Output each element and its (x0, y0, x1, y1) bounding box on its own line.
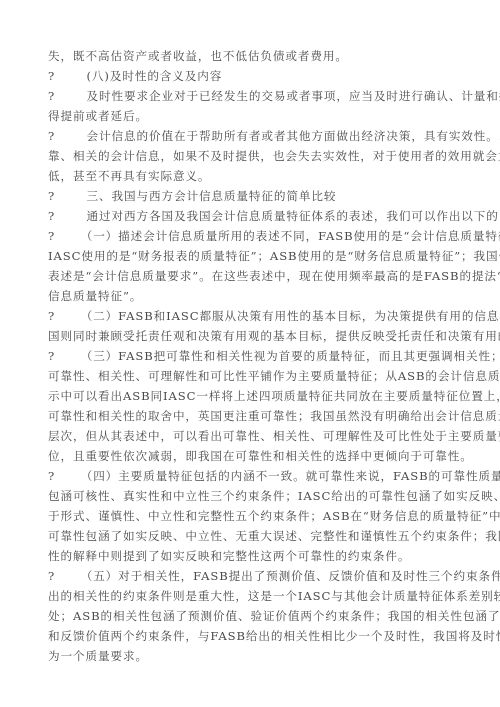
paragraph-marker: ? (48, 566, 74, 586)
line-text: 可靠性包涵了如实反映、中立性、无重大误述、完整性和谨慎性五个约束条件；我国在可靠 (48, 529, 500, 543)
text-line: 处；ASB的相关性包涵了预测价值、验证价值两个约束条件；我国的相关性包涵了预测价… (48, 606, 450, 626)
text-line: ? （一）描述会计信息质量所用的表述不同，FASB使用的是“会计信息质量特征”； (48, 226, 450, 246)
text-line: 和反馈价值两个约束条件，与FASB给出的相关性相比少一个及时性，我国将及时性单独… (48, 626, 450, 646)
line-text: 靠、相关的会计信息，如果不及时提供，也会失去实效性，对于使用者的效用就会大大降 (48, 149, 500, 163)
line-text: 国则同时兼顾受托责任观和决策有用观的基本目标，提供反映受托责任和决策有用的信息。 (48, 329, 500, 343)
paragraph-marker: ? (48, 126, 74, 146)
text-line: 表述是“会计信息质量要求”。在这些表述中，现在使用频率最高的是FASB的提法“会… (48, 266, 450, 286)
line-text: 低，甚至不再具有实际意义。 (48, 169, 210, 183)
line-text: 信息质量特征”。 (48, 289, 142, 303)
text-line: ? 通过对西方各国及我国会计信息质量特征体系的表述，我们可以作出以下的比较： (48, 206, 450, 226)
line-text: 通过对西方各国及我国会计信息质量特征体系的表述，我们可以作出以下的比较： (74, 209, 500, 223)
line-text: IASC使用的是“财务报表的质量特征”；ASB使用的是“财务信息质量特征”；我国… (48, 249, 500, 263)
paragraph-marker: ? (48, 346, 74, 366)
text-line: 层次，但从其表述中，可以看出可靠性、相关性、可理解性及可比性处于主要质量要求的地 (48, 426, 450, 446)
line-text: （四）主要质量特征包括的内涵不一致。就可靠性来说，FASB的可靠性质量特征下面 (74, 469, 500, 483)
line-text: 出的相关性的约束条件则是重大性，这是一个IASC与其他会计质量特征体系差别较大之 (48, 589, 500, 603)
line-text: （三）FASB把可靠性和相关性视为首要的质量特征，而且其更强调相关性；IASC则… (74, 349, 500, 363)
text-line: 为一个质量要求。 (48, 646, 450, 666)
line-text: 示中可以看出ASB同IASC一样将上述四项质量特征共同放在主要质量特征位置上，但… (48, 389, 500, 403)
line-text: 处；ASB的相关性包涵了预测价值、验证价值两个约束条件；我国的相关性包涵了预测价… (48, 609, 500, 623)
text-line: 示中可以看出ASB同IASC一样将上述四项质量特征共同放在主要质量特征位置上，但… (48, 386, 450, 406)
text-line: IASC使用的是“财务报表的质量特征”；ASB使用的是“财务信息质量特征”；我国… (48, 246, 450, 266)
text-line: ? （五）对于相关性，FASB提出了预测价值、反馈价值和及时性三个约束条件；IA… (48, 566, 450, 586)
line-text: （一）描述会计信息质量所用的表述不同，FASB使用的是“会计信息质量特征”； (74, 229, 500, 243)
line-text: 表述是“会计信息质量要求”。在这些表述中，现在使用频率最高的是FASB的提法“会… (48, 269, 500, 283)
text-line: ? （二）FASB和IASC都服从决策有用性的基本目标，为决策提供有用的信息；A… (48, 306, 450, 326)
line-text: 三、我国与西方会计信息质量特征的简单比较 (74, 189, 336, 203)
line-text: 失，既不高估资产或者收益，也不低估负债或者费用。 (48, 49, 348, 63)
paragraph-marker: ? (48, 466, 74, 486)
text-line: 信息质量特征”。 (48, 286, 450, 306)
line-text: 性的解释中则提到了如实反映和完整性这两个可靠性的约束条件。 (48, 549, 410, 563)
line-text: （五）对于相关性，FASB提出了预测价值、反馈价值和及时性三个约束条件；IASC… (74, 569, 500, 583)
text-line: 性的解释中则提到了如实反映和完整性这两个可靠性的约束条件。 (48, 546, 450, 566)
line-text: 包涵可核性、真实性和中立性三个约束条件；IASC给出的可靠性包涵了如实反映、实质… (48, 489, 500, 503)
text-line: 于形式、谨慎性、中立性和完整性五个约束条件；ASB在“财务信息的质量特征”中给出… (48, 506, 450, 526)
line-text: (八)及时性的含义及内容 (74, 69, 222, 83)
line-text: 于形式、谨慎性、中立性和完整性五个约束条件；ASB在“财务信息的质量特征”中给出… (48, 509, 500, 523)
line-text: 层次，但从其表述中，可以看出可靠性、相关性、可理解性及可比性处于主要质量要求的地 (48, 429, 500, 443)
text-line: ? （三）FASB把可靠性和相关性视为首要的质量特征，而且其更强调相关性；IAS… (48, 346, 450, 366)
text-line: 靠、相关的会计信息，如果不及时提供，也会失去实效性，对于使用者的效用就会大大降 (48, 146, 450, 166)
text-line: 包涵可核性、真实性和中立性三个约束条件；IASC给出的可靠性包涵了如实反映、实质… (48, 486, 450, 506)
text-line: ? 会计信息的价值在于帮助所有者或者其他方面做出经济决策，具有实效性。即使是可 (48, 126, 450, 146)
text-line: 低，甚至不再具有实际意义。 (48, 166, 450, 186)
paragraph-marker: ? (48, 206, 74, 226)
text-line: 得提前或者延后。 (48, 106, 450, 126)
line-text: 可靠性、相关性、可理解性和可比性平铺作为主要质量特征；从ASB的会计信息质量体系… (48, 369, 500, 383)
line-text: （二）FASB和IASC都服从决策有用性的基本目标，为决策提供有用的信息；ASB… (74, 309, 500, 323)
line-text: 及时性要求企业对于已经发生的交易或者事项，应当及时进行确认、计量和报告，不 (74, 89, 500, 103)
paragraph-marker: ? (48, 86, 74, 106)
line-text: 为一个质量要求。 (48, 649, 148, 663)
text-line: 可靠性和相关性的取舍中，英国更注重可靠性；我国虽然没有明确给出会计信息质量要求的 (48, 406, 450, 426)
paragraph-marker: ? (48, 186, 74, 206)
document-body: 失，既不高估资产或者收益，也不低估负债或者费用。? (八)及时性的含义及内容? … (48, 46, 450, 666)
text-line: ? （四）主要质量特征包括的内涵不一致。就可靠性来说，FASB的可靠性质量特征下… (48, 466, 450, 486)
text-line: 可靠性、相关性、可理解性和可比性平铺作为主要质量特征；从ASB的会计信息质量体系… (48, 366, 450, 386)
text-line: 失，既不高估资产或者收益，也不低估负债或者费用。 (48, 46, 450, 66)
text-line: ? 三、我国与西方会计信息质量特征的简单比较 (48, 186, 450, 206)
line-text: 会计信息的价值在于帮助所有者或者其他方面做出经济决策，具有实效性。即使是可 (74, 129, 500, 143)
paragraph-marker: ? (48, 306, 74, 326)
line-text: 位，且重要性依次减弱，即我国在可靠性和相关性的选择中更倾向于可靠性。 (48, 449, 473, 463)
line-text: 可靠性和相关性的取舍中，英国更注重可靠性；我国虽然没有明确给出会计信息质量要求的 (48, 409, 500, 423)
text-line: 位，且重要性依次减弱，即我国在可靠性和相关性的选择中更倾向于可靠性。 (48, 446, 450, 466)
text-line: ? (八)及时性的含义及内容 (48, 66, 450, 86)
paragraph-marker: ? (48, 226, 74, 246)
paragraph-marker: ? (48, 66, 74, 86)
text-line: 出的相关性的约束条件则是重大性，这是一个IASC与其他会计质量特征体系差别较大之 (48, 586, 450, 606)
text-line: ? 及时性要求企业对于已经发生的交易或者事项，应当及时进行确认、计量和报告，不 (48, 86, 450, 106)
line-text: 和反馈价值两个约束条件，与FASB给出的相关性相比少一个及时性，我国将及时性单独… (48, 629, 500, 643)
text-line: 国则同时兼顾受托责任观和决策有用观的基本目标，提供反映受托责任和决策有用的信息。 (48, 326, 450, 346)
text-line: 可靠性包涵了如实反映、中立性、无重大误述、完整性和谨慎性五个约束条件；我国在可靠 (48, 526, 450, 546)
line-text: 得提前或者延后。 (48, 109, 148, 123)
